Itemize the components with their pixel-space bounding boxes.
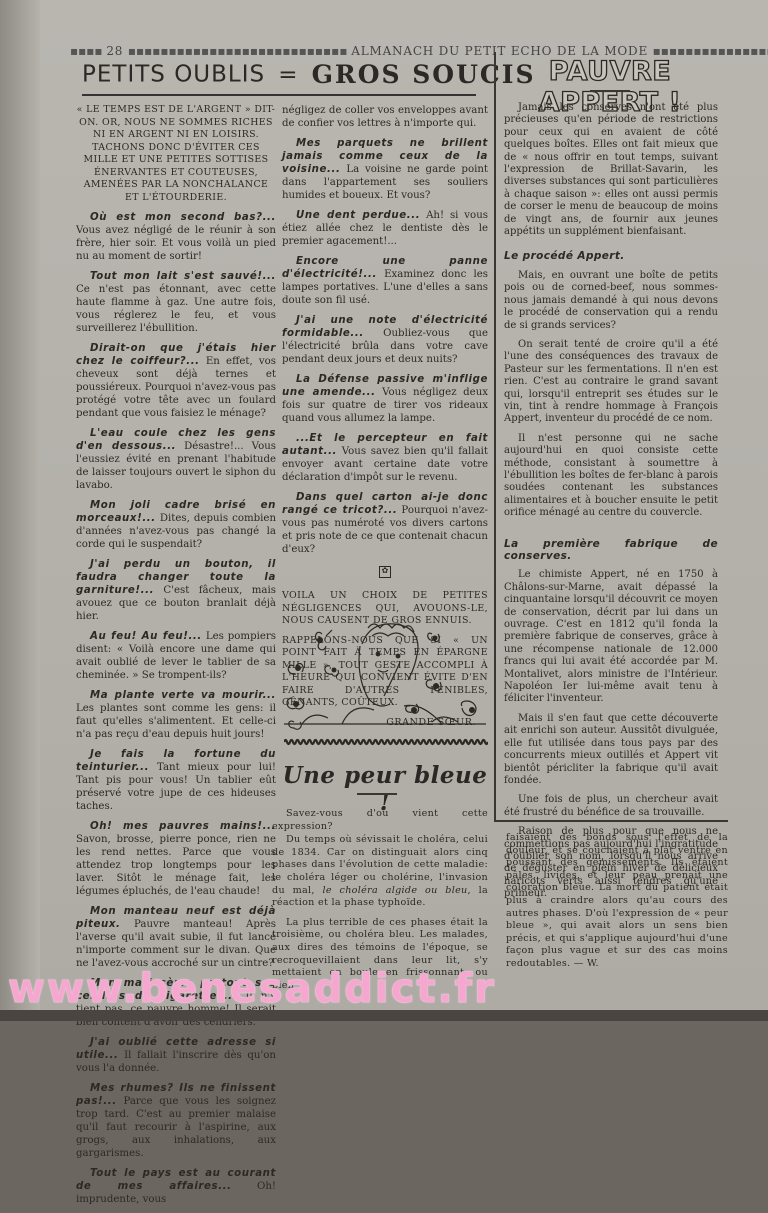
tip-text: Vous avez négligé de le réunir à son frè… (76, 225, 276, 262)
tip-item: Dirait-on que j'étais hier chez le coiff… (76, 342, 276, 420)
tip-item: Au feu! Au feu!... Les pompiers disent: … (76, 630, 276, 682)
tip-heading: Au feu! Au feu!... (90, 631, 202, 642)
tip-heading: Ma plante verte va mourir... (90, 690, 276, 701)
tip-item: L'eau coule chez les gens d'en dessous..… (76, 427, 276, 492)
continuation-paragraph: négligez de coller vos enveloppes avant … (282, 104, 488, 130)
tip-item: Une dent perdue... Ah! si vous étiez all… (282, 209, 488, 248)
subheading-premiere-fabrique: La première fabrique de conserves. (504, 538, 718, 563)
tip-item: Je fais la fortune du teinturier... Tant… (76, 748, 276, 813)
paragraph: Mais, en ouvrant une boîte de petits poi… (504, 270, 718, 332)
tip-heading: Une dent perdue... (296, 210, 420, 221)
header-ornament: ▪▪▪▪▪▪▪▪▪▪▪▪▪▪▪▪▪▪▪▪▪▪▪▪▪▪▪ (128, 44, 351, 58)
paragraph: On serait tenté de croire qu'il a été l'… (504, 339, 718, 426)
tip-item: Encore une panne d'électricité!... Exami… (282, 255, 488, 307)
paragraph: Une fois de plus, un chercheur avait été… (504, 794, 718, 819)
paragraph: Raison de plus pour que nous ne commetti… (504, 826, 718, 900)
tip-item: Oh! mes pauvres mains!... Savon, brosse,… (76, 820, 276, 898)
intro-paragraph: « Le temps est de l'argent » dit-on. Or,… (76, 104, 276, 204)
tip-item: Mon joli cadre brisé en morceaux!... Dit… (76, 499, 276, 551)
title-underline (590, 90, 630, 92)
tip-text: Les plantes sont comme les gens: il faut… (76, 703, 276, 740)
woman-and-butterflies-illustration (282, 606, 488, 730)
tip-item: Ma plante verte va mourir... Les plantes… (76, 689, 276, 741)
paragraph: Savez-vous d'où vient cette expression? (272, 808, 488, 833)
article-title-petits-oublis: PETITS OUBLIS = GROS SOUCIS (82, 60, 476, 96)
tip-item: Dans quel carton ai-je donc rangé ce tri… (282, 491, 488, 556)
subheading-procede: Le procédé Appert. (504, 250, 718, 262)
tip-text: Ce n'est pas étonnant, avec cette haute … (76, 284, 276, 334)
flower-ornament-icon: ✿ (282, 563, 488, 578)
tip-item: Tout mon lait s'est sauvé!... Ce n'est p… (76, 270, 276, 335)
pauvre-appert-column: Jamais les conserves n'ont été plus préc… (504, 102, 718, 908)
page-number: 28 (106, 44, 123, 58)
tip-heading: Tout mon lait s'est sauvé!... (90, 271, 276, 282)
tip-item: J'ai perdu un bouton, il faudra changer … (76, 558, 276, 623)
paragraph: Jamais les conserves n'ont été plus préc… (504, 102, 718, 238)
magazine-page: ▪▪▪▪ 28 ▪▪▪▪▪▪▪▪▪▪▪▪▪▪▪▪▪▪▪▪▪▪▪▪▪▪▪ ALMA… (0, 0, 768, 1021)
tip-item: La Défense passive m'inflige une amende.… (282, 373, 488, 425)
left-column: « Le temps est de l'argent » dit-on. Or,… (76, 104, 276, 1021)
paragraph: Le chimiste Appert, né en 1750 à Châlons… (504, 569, 718, 705)
paragraph: Du temps où sévissait le choléra, celui … (272, 834, 488, 910)
page-bottom-edge (0, 1010, 768, 1021)
title-equals: = (278, 62, 298, 88)
wavy-divider (284, 737, 488, 747)
header-ornament: ▪▪▪▪ (70, 44, 106, 58)
paragraph: Il n'est personne qui ne sache aujourd'h… (504, 433, 718, 520)
watermark: www.benesaddict.fr (8, 966, 496, 1012)
page-edge-shadow (0, 0, 40, 1021)
paragraph: Mais il s'en faut que cette découverte a… (504, 713, 718, 787)
tip-heading: Oh! mes pauvres mains!... (90, 821, 276, 832)
tip-heading: Où est mon second bas?... (90, 212, 276, 223)
tip-item: J'ai une note d'électricité formidable..… (282, 314, 488, 366)
title-light: PETITS OUBLIS (82, 62, 265, 88)
tip-item: Mon manteau neuf est déjà piteux. Pauvre… (76, 905, 276, 970)
title-underline (357, 793, 397, 795)
tip-text: Savon, brosse, pierre ponce, rien ne les… (76, 834, 276, 897)
tip-item: Où est mon second bas?... Vous avez négl… (76, 211, 276, 263)
tip-item: Mes parquets ne brillent jamais comme ce… (282, 137, 488, 202)
tip-item: ...Et le percepteur en fait autant... Vo… (282, 432, 488, 484)
italic-phrase: le choléra algide ou bleu (322, 885, 467, 896)
